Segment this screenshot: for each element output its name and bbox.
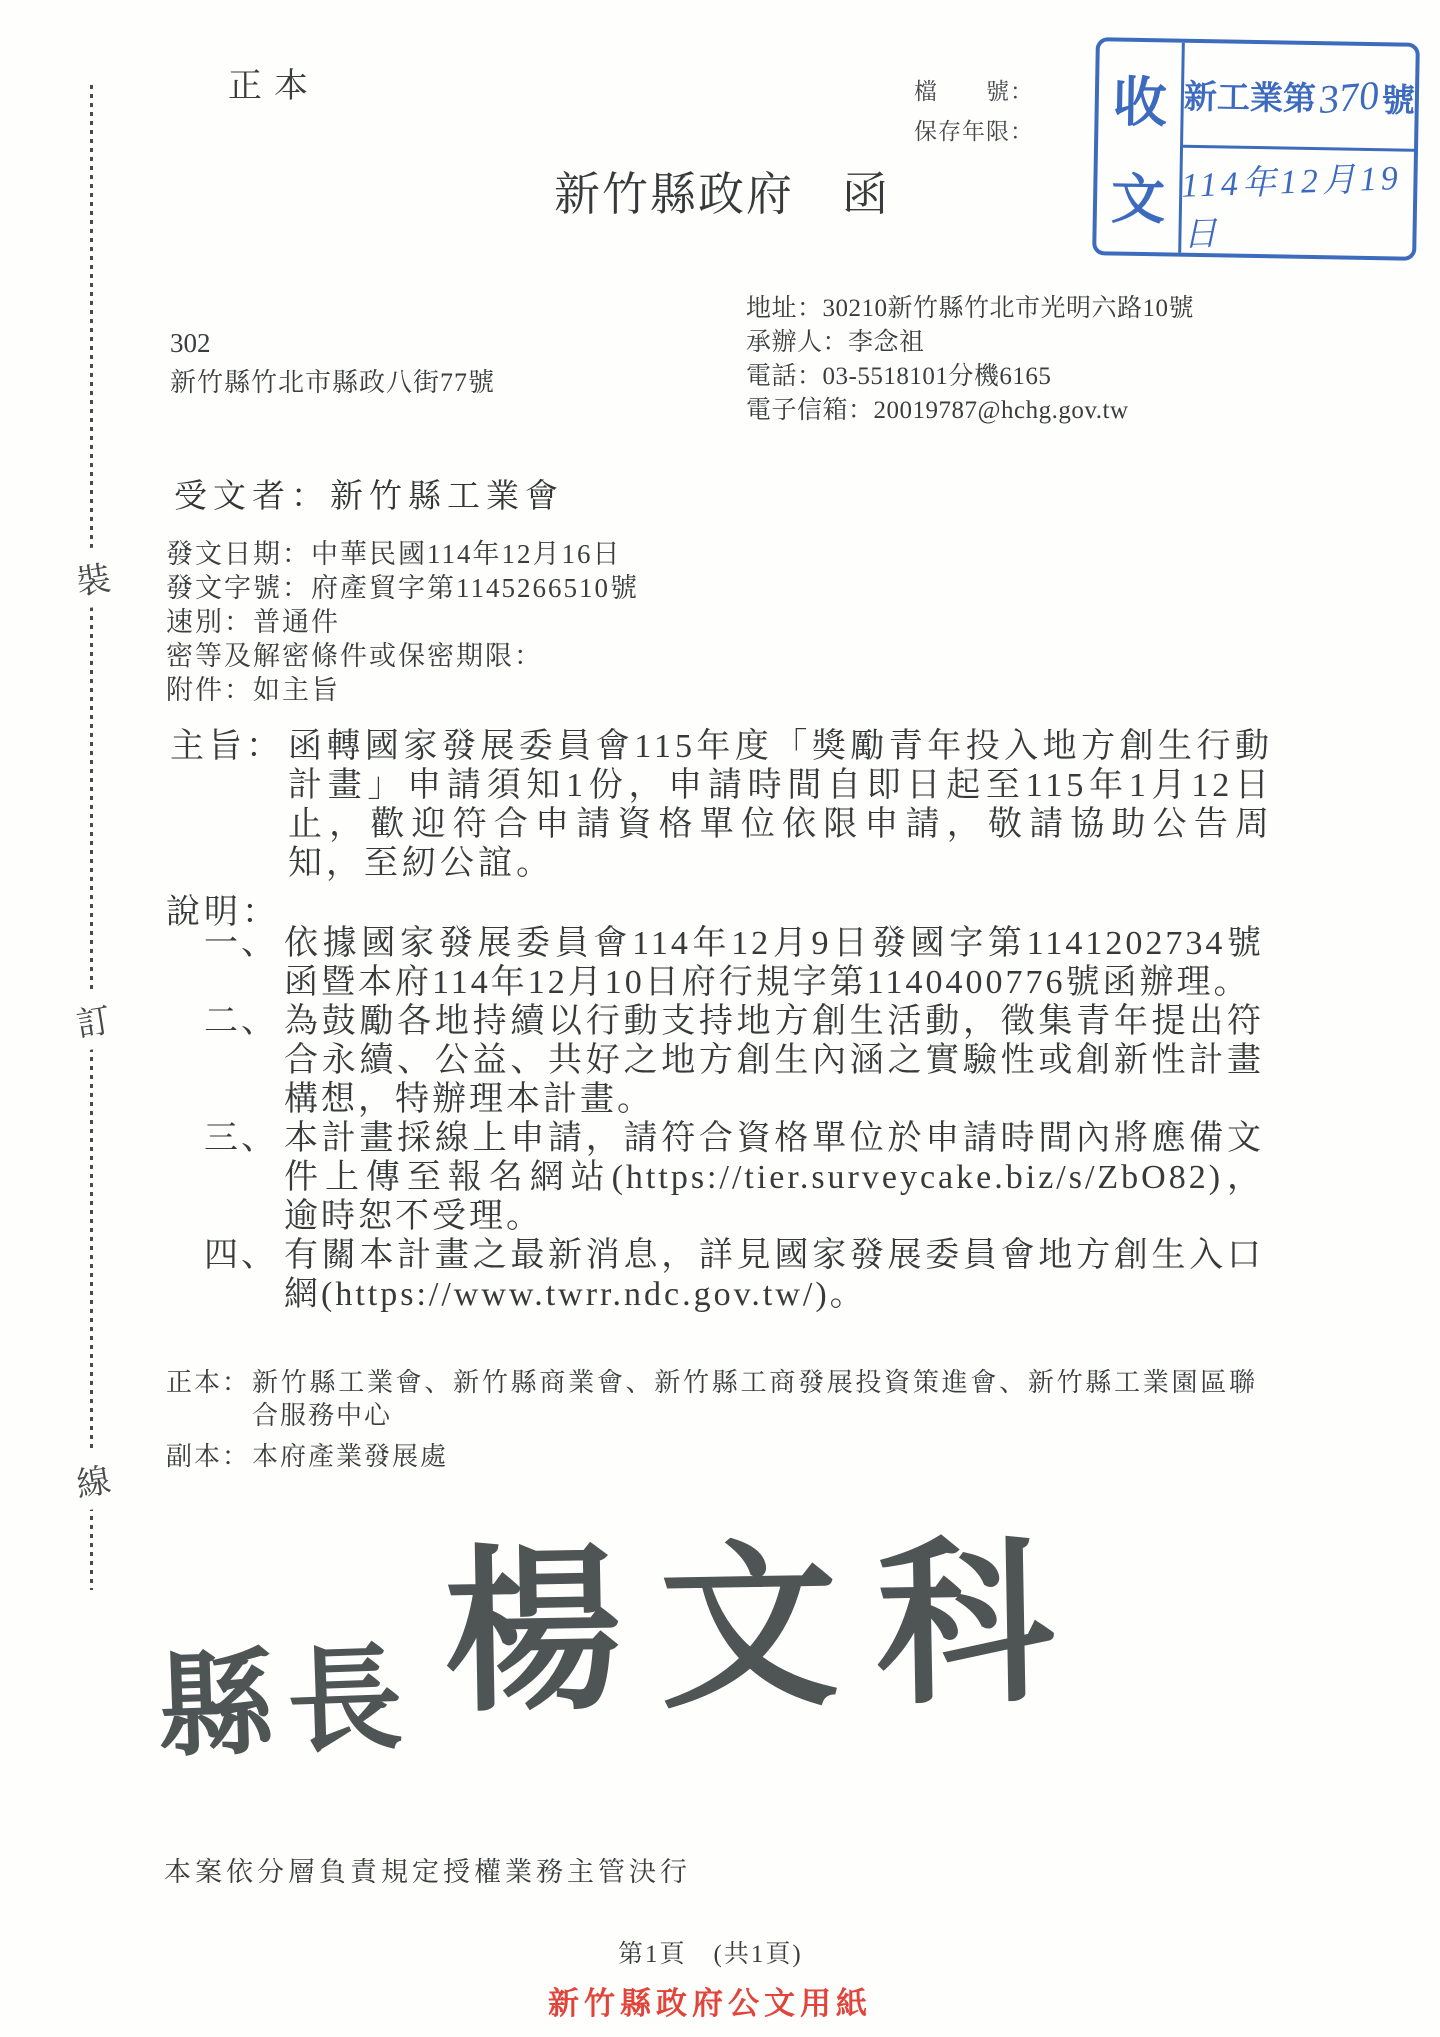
explanation-item: 二、 為鼓勵各地持續以行動支持地方創生活動，徵集青年提出符合永續、公益、共好之地… (204, 1002, 1268, 1119)
original-copy-label: 正本： (166, 1366, 252, 1432)
meta-issue-date: 發文日期：中華民國114年12月16日 (166, 537, 639, 571)
subject-block: 主旨： 函轉國家發展委員會115年度「獎勵青年投入地方創生行動計畫」申請須知1份… (170, 727, 1273, 883)
explanation-item: 一、 依據國家發展委員會114年12月9日發國字第1141202734號函暨本府… (204, 924, 1268, 1002)
item-number: 三、 (204, 1119, 284, 1236)
binding-mark-zhuang: 裝 (66, 545, 121, 610)
item-text: 依據國家發展委員會114年12月9日發國字第1141202734號函暨本府114… (284, 924, 1264, 1002)
duplicate-copy-line: 副本： 本府產業發展處 (166, 1440, 1257, 1473)
signature-title: 縣長 (155, 1606, 419, 1780)
signature-block: 縣長 楊文科 (158, 1540, 1092, 1775)
sender-zip: 302 (170, 328, 211, 359)
page-number: 第1頁 (共1頁) (618, 1934, 803, 1970)
archive-no-label: 檔 號： (914, 72, 1034, 112)
item-number: 二、 (204, 1002, 284, 1119)
stamp-received-date-row: 114年12月19日 (1181, 148, 1414, 257)
binding-mark-ding: 訂 (66, 987, 121, 1052)
meta-attachment: 附件：如主旨 (166, 673, 639, 707)
original-copy-line: 正本： 新竹縣工業會、新竹縣商業會、新竹縣工商發展投資策進會、新竹縣工業園區聯合… (166, 1366, 1257, 1432)
official-letter-page: 裝 訂 線 正本 檔 號： 保存年限： 新竹縣政府 函 收 文 新工業第 370… (0, 0, 1440, 2037)
stamp-doc-number: 新工業第 370 號 (1183, 43, 1416, 152)
stamp-char-wen: 文 (1111, 156, 1166, 234)
recipient-line: 受文者：新竹縣工業會 (174, 470, 564, 517)
authorization-note: 本案依分層負責規定授權業務主管決行 (164, 1850, 691, 1889)
item-number: 一、 (204, 924, 284, 1002)
agency-contact-block: 地址：30210新竹縣竹北市光明六路10號 承辦人：李念祖 電話：03-5518… (746, 292, 1194, 428)
original-copy-recipients: 新竹縣工業會、新竹縣商業會、新竹縣工商發展投資策進會、新竹縣工業園區聯合服務中心 (252, 1366, 1257, 1432)
stamp-doc-number-prefix: 新工業第 (1184, 70, 1317, 119)
received-stamp: 收 文 新工業第 370 號 114年12月19日 (1092, 37, 1420, 261)
stamp-received-date: 114年12月19日 (1180, 149, 1414, 255)
duplicate-copy-recipients: 本府產業發展處 (252, 1440, 1257, 1473)
item-text: 為鼓勵各地持續以行動支持地方創生活動，徵集青年提出符合永續、公益、共好之地方創生… (284, 1002, 1264, 1119)
contact-person-line: 承辦人：李念祖 (746, 326, 1194, 360)
binding-dotted-line (90, 85, 93, 1590)
contact-address-line: 地址：30210新竹縣竹北市光明六路10號 (746, 292, 1194, 326)
stamp-char-shou: 收 (1112, 60, 1167, 138)
explanation-item: 三、 本計畫採線上申請，請符合資格單位於申請時間內將應備文件上傳至報名網站(ht… (204, 1119, 1268, 1236)
item-number: 四、 (204, 1236, 284, 1314)
retention-label: 保存年限： (914, 112, 1034, 152)
subject-label: 主旨： (170, 727, 288, 883)
document-title: 新竹縣政府 函 (554, 158, 890, 224)
received-stamp-label: 收 文 (1096, 41, 1185, 252)
received-stamp-fields: 新工業第 370 號 114年12月19日 (1181, 43, 1416, 257)
archive-retention-block: 檔 號： 保存年限： (914, 72, 1034, 152)
binding-mark-xian: 線 (66, 1447, 121, 1512)
sender-street: 新竹縣竹北市縣政八街77號 (170, 362, 495, 399)
stamp-doc-number-value: 370 (1314, 70, 1384, 123)
duplicate-copy-label: 副本： (166, 1440, 252, 1473)
stamp-doc-number-suffix: 號 (1382, 74, 1416, 122)
copy-type-label: 正本 (228, 58, 320, 107)
paper-type-label: 新竹縣政府公文用紙 (548, 1978, 872, 2023)
item-text: 本計畫採線上申請，請符合資格單位於申請時間內將應備文件上傳至報名網站(https… (284, 1119, 1264, 1236)
meta-security: 密等及解密條件或保密期限： (166, 639, 639, 673)
item-text: 有關本計畫之最新消息，詳見國家發展委員會地方創生入口網(https://www.… (284, 1236, 1264, 1314)
subject-text: 函轉國家發展委員會115年度「獎勵青年投入地方創生行動計畫」申請須知1份，申請時… (288, 727, 1273, 883)
meta-speed: 速別：普通件 (166, 605, 639, 639)
explanation-item: 四、 有關本計畫之最新消息，詳見國家發展委員會地方創生入口網(https://w… (204, 1236, 1268, 1314)
contact-phone-line: 電話：03-5518101分機6165 (746, 360, 1194, 394)
distribution-block: 正本： 新竹縣工業會、新竹縣商業會、新竹縣工商發展投資策進會、新竹縣工業園區聯合… (166, 1366, 1257, 1473)
explanation-items: 一、 依據國家發展委員會114年12月9日發國字第1141202734號函暨本府… (204, 924, 1268, 1314)
meta-doc-number: 發文字號：府產貿字第1145266510號 (166, 571, 639, 605)
issuance-meta-block: 發文日期：中華民國114年12月16日 發文字號：府產貿字第1145266510… (166, 537, 639, 707)
contact-email-line: 電子信箱：20019787@hchg.gov.tw (746, 394, 1194, 428)
signature-name: 楊文科 (443, 1534, 1094, 1723)
